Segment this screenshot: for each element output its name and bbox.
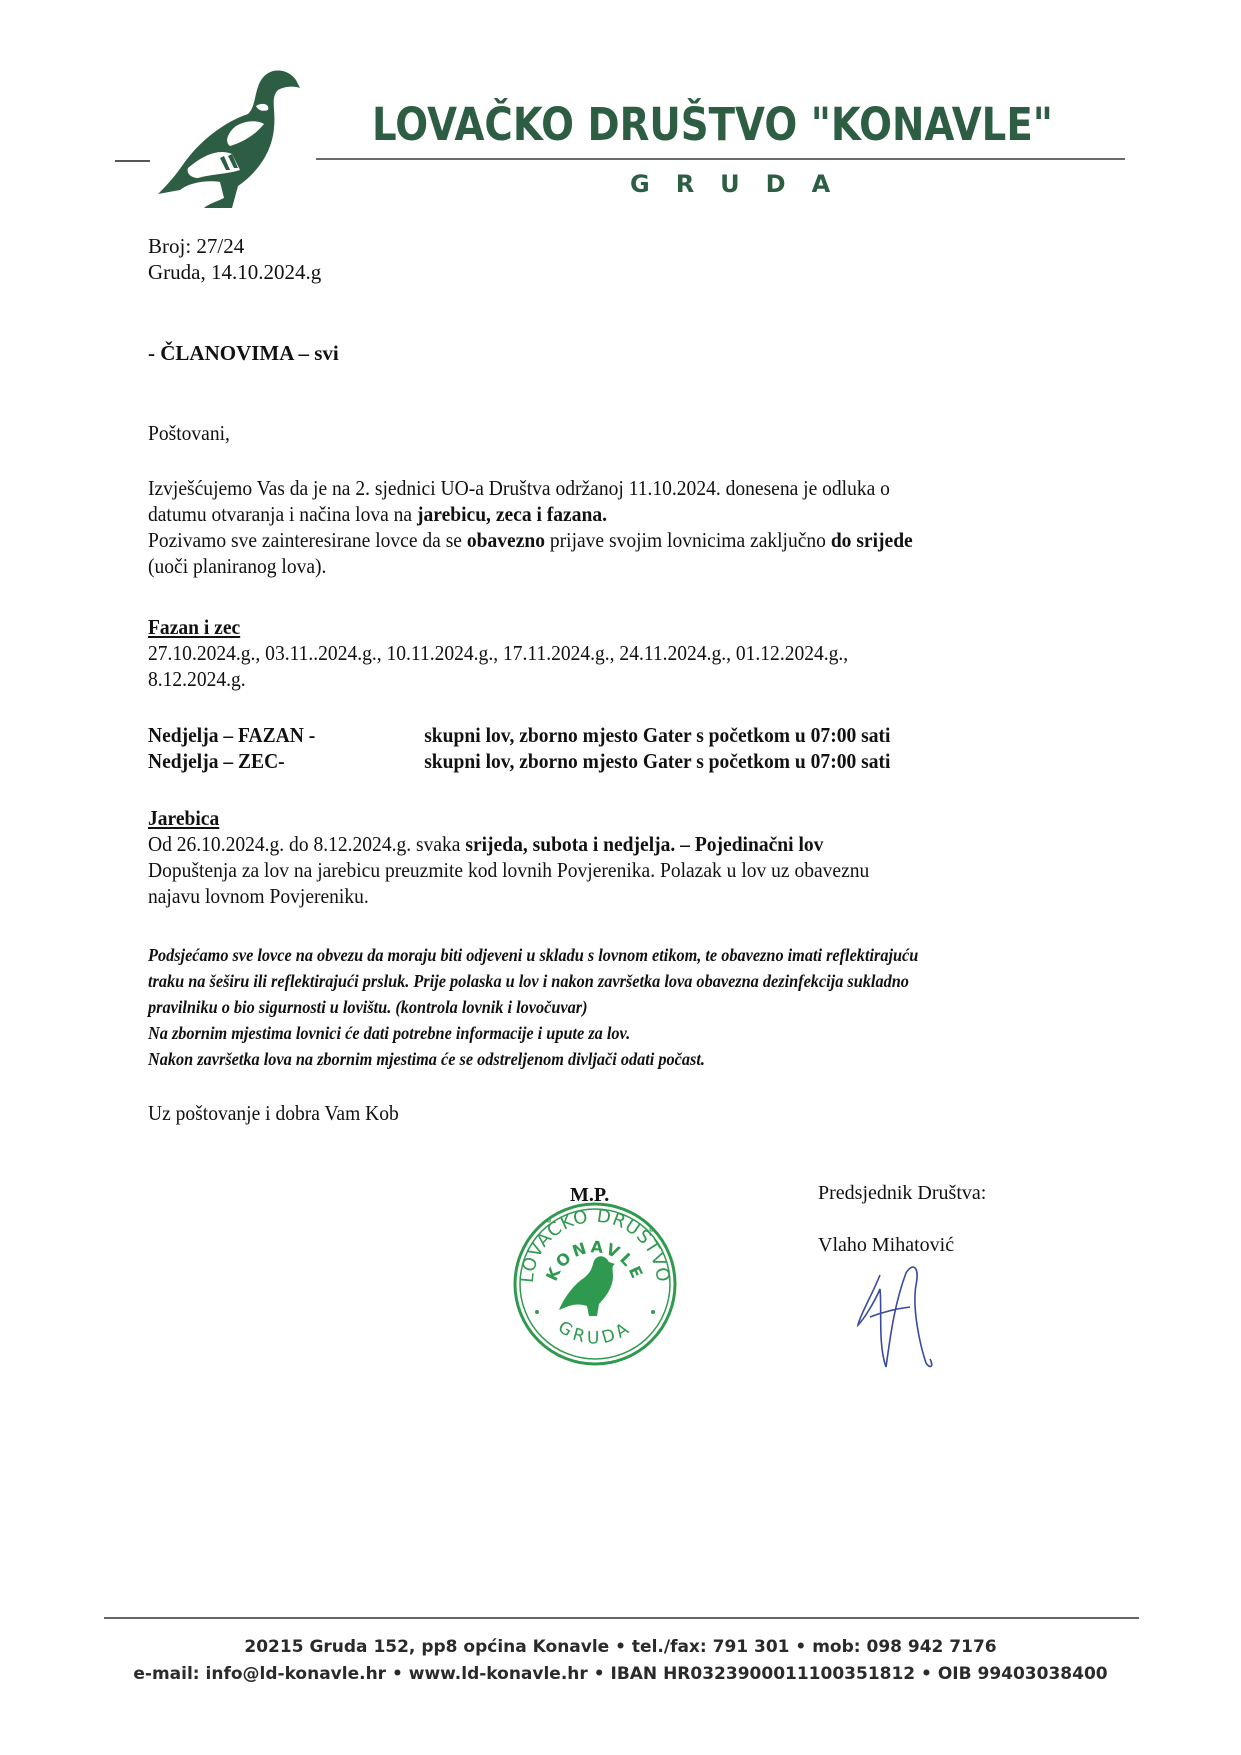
- notice-line: pravilniku o bio sigurnosti u lovištu. (…: [148, 994, 587, 1020]
- footer-divider: [104, 1617, 1139, 1619]
- document-number: Broj: 27/24: [148, 233, 244, 259]
- intro-line-4: (uoči planiranog lova).: [148, 553, 326, 579]
- intro-text: datumu otvaranja i načina lova na: [148, 502, 417, 526]
- notice-line: Nakon završetka lova na zbornim mjestima…: [148, 1046, 705, 1072]
- intro-line-3: Pozivamo sve zainteresirane lovce da se …: [148, 527, 913, 553]
- organization-title: LOVAČKO DRUŠTVO "KONAVLE": [372, 98, 1053, 151]
- section-heading-fazan-zec: Fazan i zec: [148, 614, 240, 640]
- notice-line: Podsjećamo sve lovce na obvezu da moraju…: [148, 942, 918, 968]
- jarebica-text: Od 26.10.2024.g. do 8.12.2024.g. svaka: [148, 832, 465, 856]
- svg-text:GRUDA: GRUDA: [554, 1317, 636, 1348]
- recipient-line: - ČLANOVIMA – svi: [148, 340, 339, 366]
- partridge-bird-icon: [128, 62, 328, 212]
- schedule-day: Nedjelja – FAZAN -: [148, 723, 315, 747]
- signatory-role: Predsjednik Društva:: [818, 1180, 986, 1206]
- mp-label: M.P.: [570, 1182, 609, 1208]
- schedule-row-fazan: Nedjelja – FAZAN -skupni lov, zborno mje…: [148, 723, 315, 748]
- handwritten-signature: [850, 1255, 950, 1385]
- schedule-row-zec: Nedjelja – ZEC-skupni lov, zborno mjesto…: [148, 749, 285, 774]
- intro-text: Pozivamo sve zainteresirane lovce da se: [148, 528, 467, 552]
- intro-species: jarebicu, zeca i fazana.: [417, 502, 607, 526]
- organization-location: GRUDA: [630, 170, 856, 198]
- section-heading-jarebica: Jarebica: [148, 805, 219, 831]
- footer-contact-line: e-mail: info@ld-konavle.hr • www.ld-kona…: [0, 1664, 1241, 1684]
- fazan-zec-dates-line-2: 8.12.2024.g.: [148, 666, 246, 692]
- intro-emphasis: obavezno: [467, 528, 545, 552]
- schedule-details: skupni lov, zborno mjesto Gater s početk…: [424, 749, 890, 774]
- jarebica-line-1: Od 26.10.2024.g. do 8.12.2024.g. svaka s…: [148, 831, 823, 857]
- intro-deadline: do srijede: [831, 528, 913, 552]
- document-place-date: Gruda, 14.10.2024.g: [148, 259, 321, 285]
- official-stamp: LOVAČKO DRUŠTVO KONAVLE GRUDA: [505, 1192, 685, 1372]
- fazan-zec-dates-line-1: 27.10.2024.g., 03.11..2024.g., 10.11.202…: [148, 640, 848, 666]
- intro-line-1: Izvješćujemo Vas da je na 2. sjednici UO…: [148, 475, 890, 501]
- header-divider: [316, 158, 1125, 160]
- footer-address-line: 20215 Gruda 152, pp8 općina Konavle • te…: [0, 1637, 1241, 1657]
- notice-line: Na zbornim mjestima lovnici će dati potr…: [148, 1020, 630, 1046]
- jarebica-line-2: Dopuštenja za lov na jarebicu preuzmite …: [148, 857, 869, 883]
- closing-line: Uz poštovanje i dobra Vam Kob: [148, 1100, 399, 1126]
- intro-line-2: datumu otvaranja i načina lova na jarebi…: [148, 501, 607, 527]
- schedule-details: skupni lov, zborno mjesto Gater s početk…: [424, 723, 890, 748]
- notice-line: traku na šeširu ili reflektirajući prslu…: [148, 968, 909, 994]
- jarebica-line-3: najavu lovnom Povjereniku.: [148, 883, 369, 909]
- greeting: Poštovani,: [148, 420, 230, 446]
- jarebica-days: srijeda, subota i nedjelja. – Pojedinačn…: [465, 832, 823, 856]
- schedule-day: Nedjelja – ZEC-: [148, 749, 285, 773]
- intro-text: prijave svojim lovnicima zaključno: [545, 528, 831, 552]
